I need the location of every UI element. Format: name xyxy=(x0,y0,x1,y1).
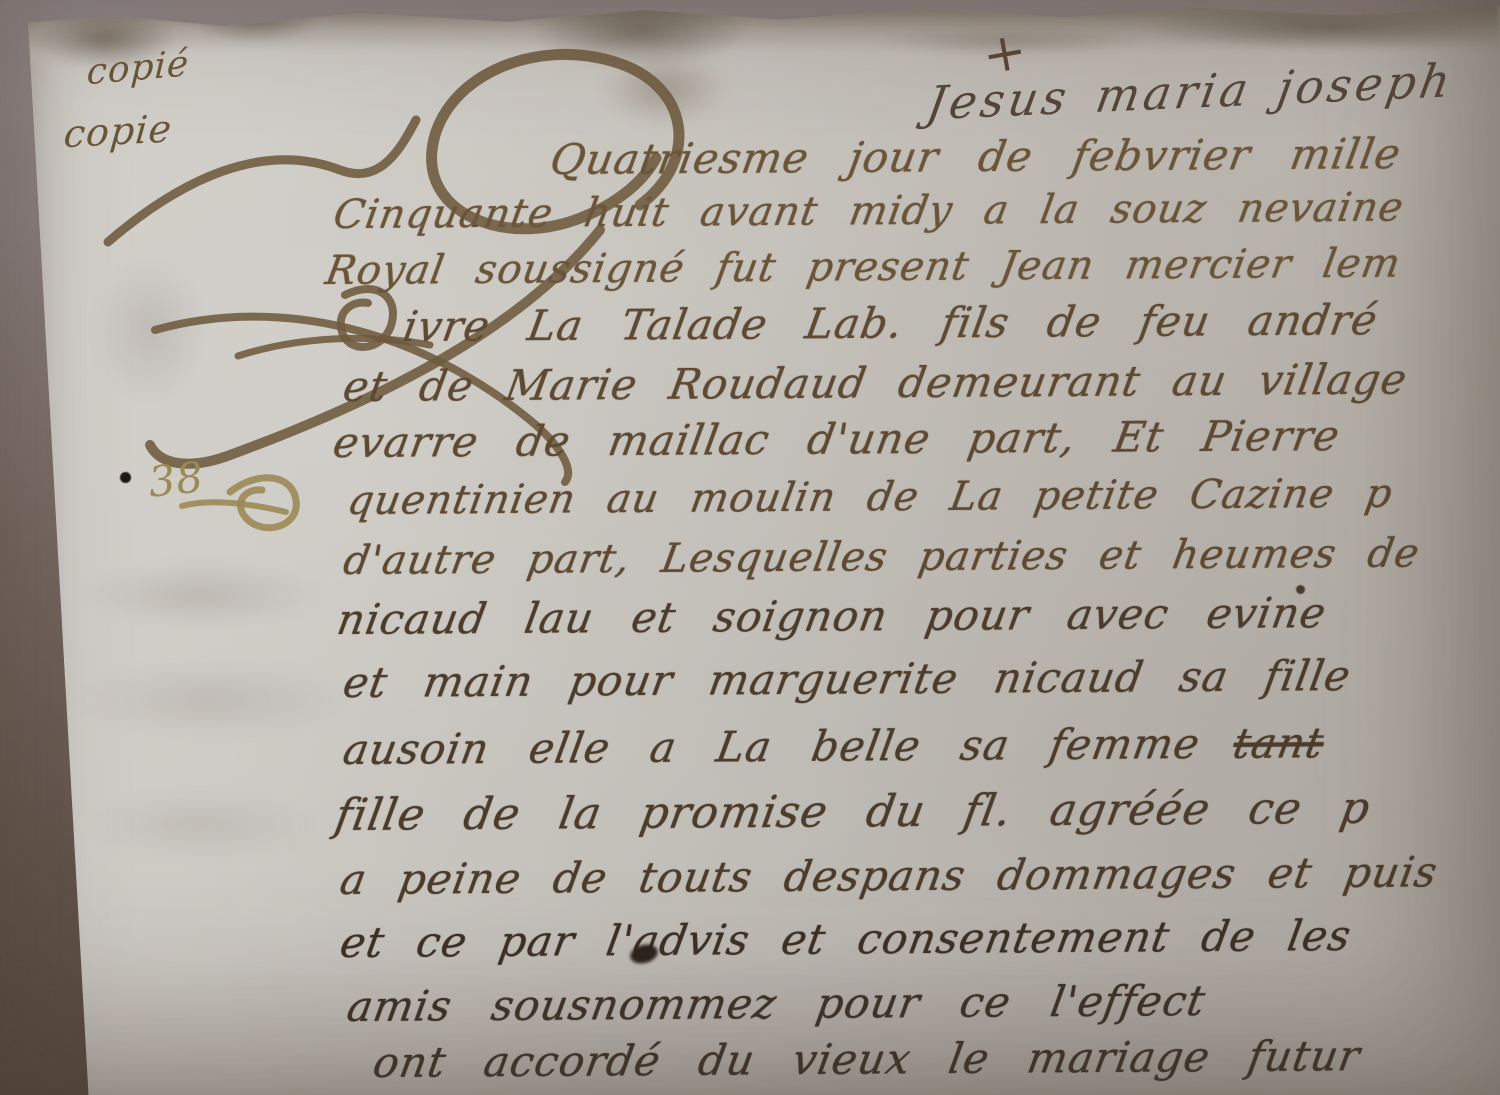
paper-top-edge-stain xyxy=(0,0,1500,52)
manuscript-line: ausoin elle a La belle sa femmetant xyxy=(340,718,1328,774)
manuscript-line: Cinquante huit avant midy a la souz neva… xyxy=(330,185,1407,239)
folio-number: 38 xyxy=(146,452,206,507)
manuscript-line: nicaud lau et soignon pour avec evine xyxy=(334,588,1331,644)
struck-word: tant xyxy=(1230,718,1328,768)
manuscript-line-text: ausoin elle a La belle sa femme xyxy=(340,719,1204,774)
manuscript-line: ivre La Talade Lab. fils de feu andré xyxy=(400,295,1382,351)
manuscript-line: et de Marie Roudaud demeurant au village xyxy=(340,355,1412,411)
manuscript-line: evarre de maillac d'une part, Et Pierre xyxy=(330,411,1344,467)
manuscript-line: fille de la promise du fl. agréée ce p xyxy=(331,783,1374,841)
manuscript-line: ont accordé du vieux le mariage futur xyxy=(370,1031,1365,1087)
copy-annotation: copie xyxy=(62,106,174,156)
manuscript-line: d'autre part, Lesquelles parties et heum… xyxy=(340,530,1423,584)
manuscript-line: et ce par l'advis et consentement de les xyxy=(337,911,1355,967)
manuscript-line: a peine de touts despans dommages et pui… xyxy=(337,847,1442,904)
photo-of-manuscript: copié copie 38 + Jesus maria joseph Quat… xyxy=(0,0,1500,1095)
paper-stain xyxy=(600,52,730,126)
manuscript-line: Royal soussigné fut present Jean mercier… xyxy=(322,240,1404,294)
manuscript-line: amis sousnommez pour ce l'effect xyxy=(344,976,1210,1031)
manuscript-line: Quatriesme jour de febvrier mille xyxy=(547,129,1405,184)
manuscript-line: quentinien au moulin de La petite Cazine… xyxy=(344,471,1396,524)
manuscript-line: et main pour marguerite nicaud sa fille xyxy=(340,651,1355,707)
